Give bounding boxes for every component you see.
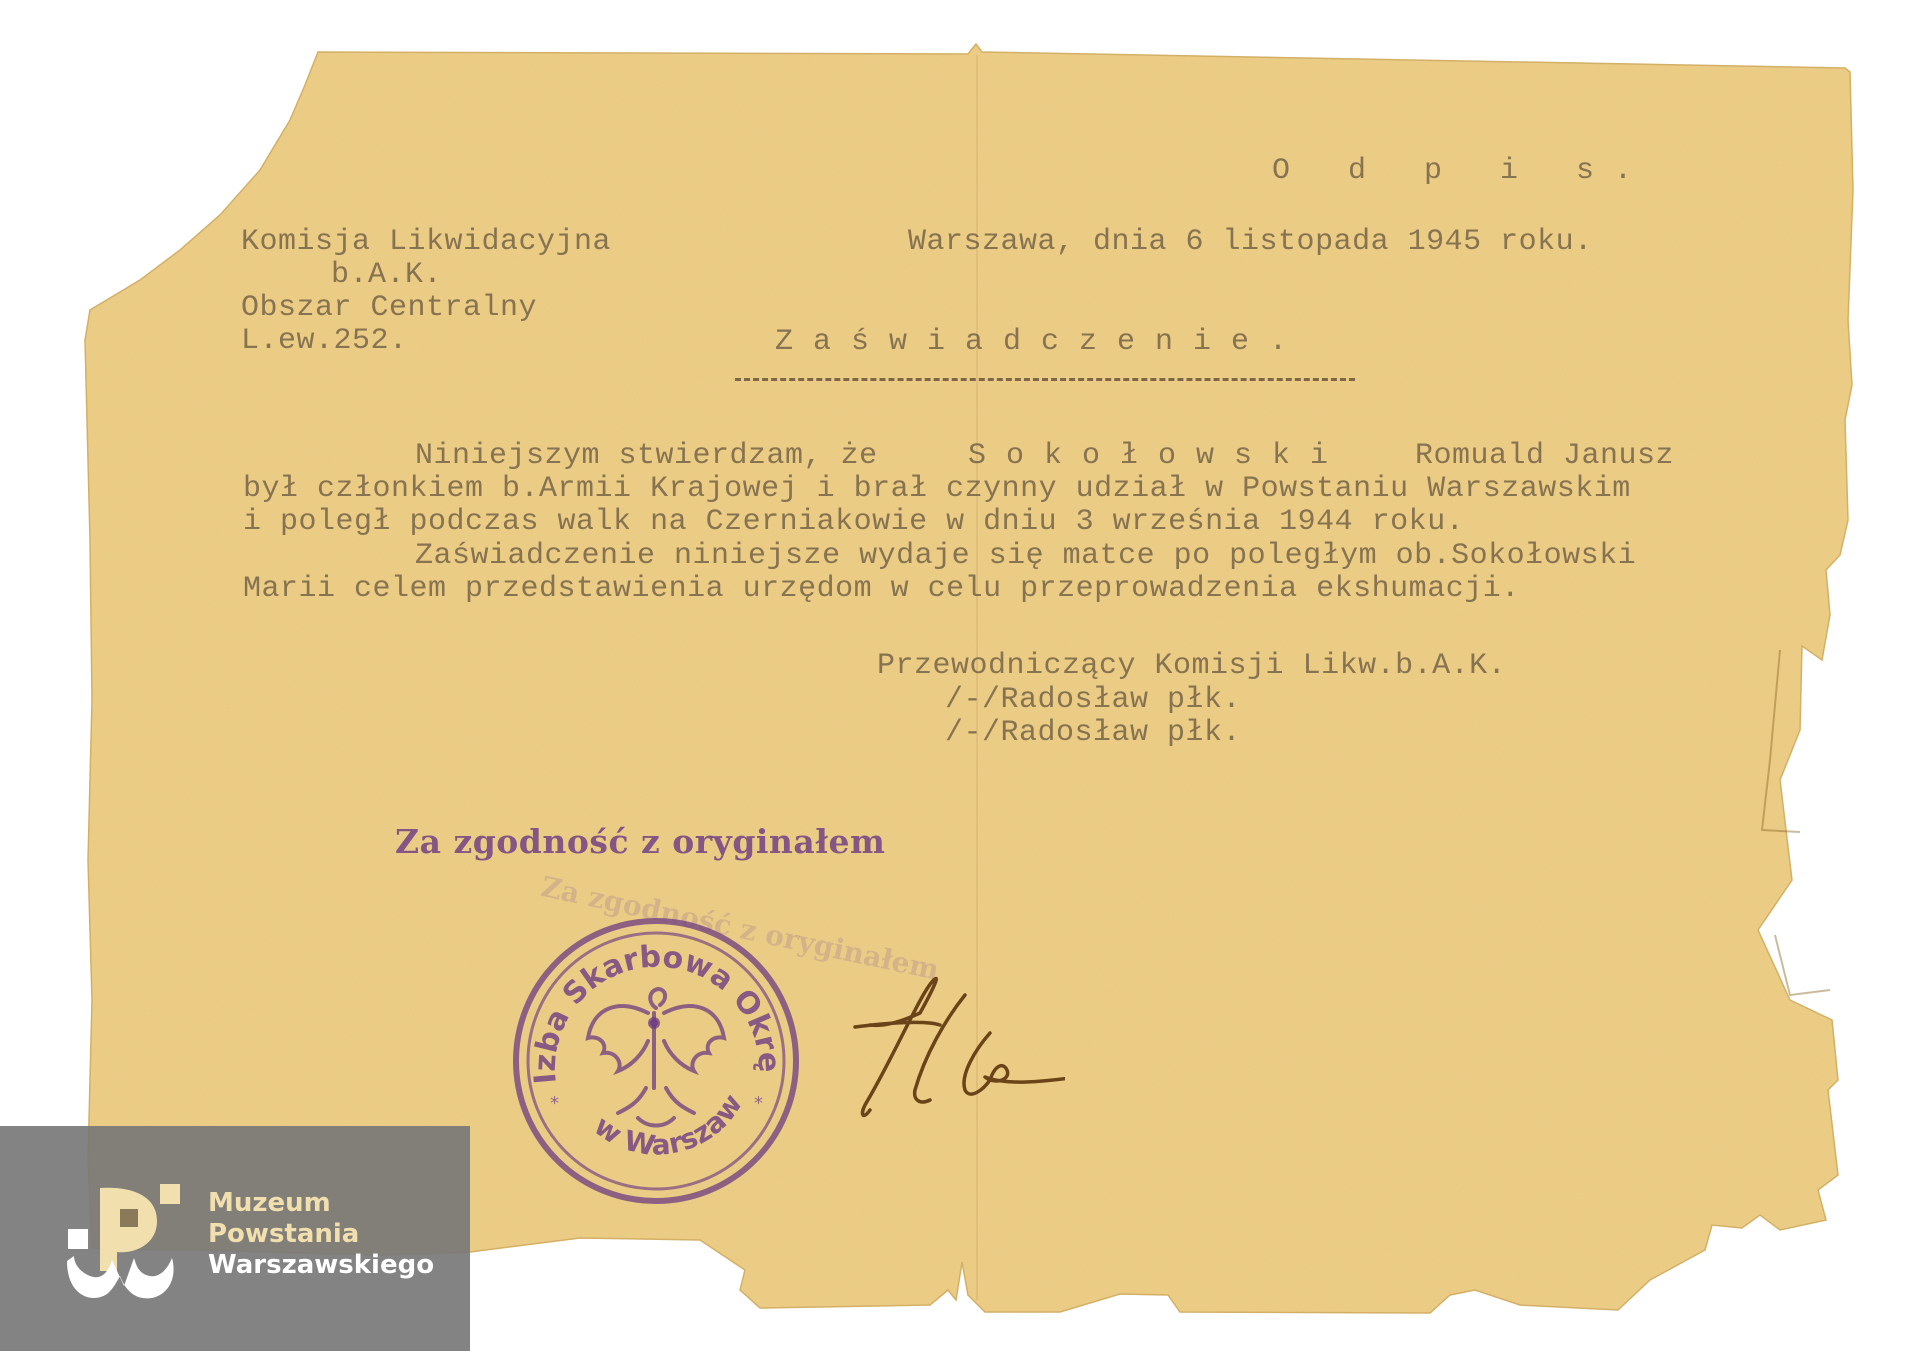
museum-name: Muzeum Powstania Warszawskiego xyxy=(208,1188,434,1281)
body-line-4: Zaświadczenie niniejsze wydaje się matce… xyxy=(415,540,1636,573)
eagle-emblem-icon xyxy=(588,989,724,1126)
museum-name-line-2: Powstania xyxy=(208,1219,434,1250)
signed-line-2: /-/Radosław płk. xyxy=(945,717,1241,750)
body-line-1-name: Sokołowski xyxy=(968,440,1348,473)
body-line-1-start: Niniejszym stwierdzam, że xyxy=(415,440,878,473)
official-seal: Izba Skarbowa Okręgowa w Warszawie * * xyxy=(508,913,804,1209)
body-line-5: Marii celem przedstawienia urzędom w cel… xyxy=(243,573,1520,606)
seal-outer-text: Izba Skarbowa Okręgowa xyxy=(508,913,786,1086)
svg-text:Izba Skarbowa Okręgowa: Izba Skarbowa Okręgowa xyxy=(508,913,786,1086)
sender-line-1: Komisja Likwidacyjna xyxy=(241,226,611,259)
place-date: Warszawa, dnia 6 listopada 1945 roku. xyxy=(908,226,1593,259)
handwritten-signature xyxy=(825,965,1065,1125)
museum-name-line-1: Muzeum xyxy=(208,1188,434,1219)
body-line-3: i poległ podczas walk na Czerniakowie w … xyxy=(243,506,1464,539)
signature-title: Przewodniczący Komisji Likw.b.A.K. xyxy=(877,650,1506,683)
sender-line-2: b.A.K. xyxy=(331,259,442,292)
title-underline xyxy=(735,378,1355,381)
museum-watermark: Muzeum Powstania Warszawskiego xyxy=(0,1126,470,1351)
kotwica-anchor-icon xyxy=(62,1176,182,1306)
body-line-2: był członkiem b.Armii Krajowej i brał cz… xyxy=(243,473,1631,506)
signed-line-1: /-/Radosław płk. xyxy=(945,684,1241,717)
museum-name-line-3: Warszawskiego xyxy=(208,1250,434,1281)
body-line-1-end: Romuald Janusz xyxy=(1415,440,1674,473)
svg-text:*: * xyxy=(754,1093,763,1114)
conformity-stamp: Za zgodność z oryginałem xyxy=(395,822,885,861)
sender-line-3: Obszar Centralny xyxy=(241,292,537,325)
sender-line-4: L.ew.252. xyxy=(241,325,408,358)
svg-text:*: * xyxy=(550,1093,559,1114)
copy-heading: O d p i s. xyxy=(1272,155,1652,188)
document-title: Zaświadczenie. xyxy=(775,326,1307,359)
